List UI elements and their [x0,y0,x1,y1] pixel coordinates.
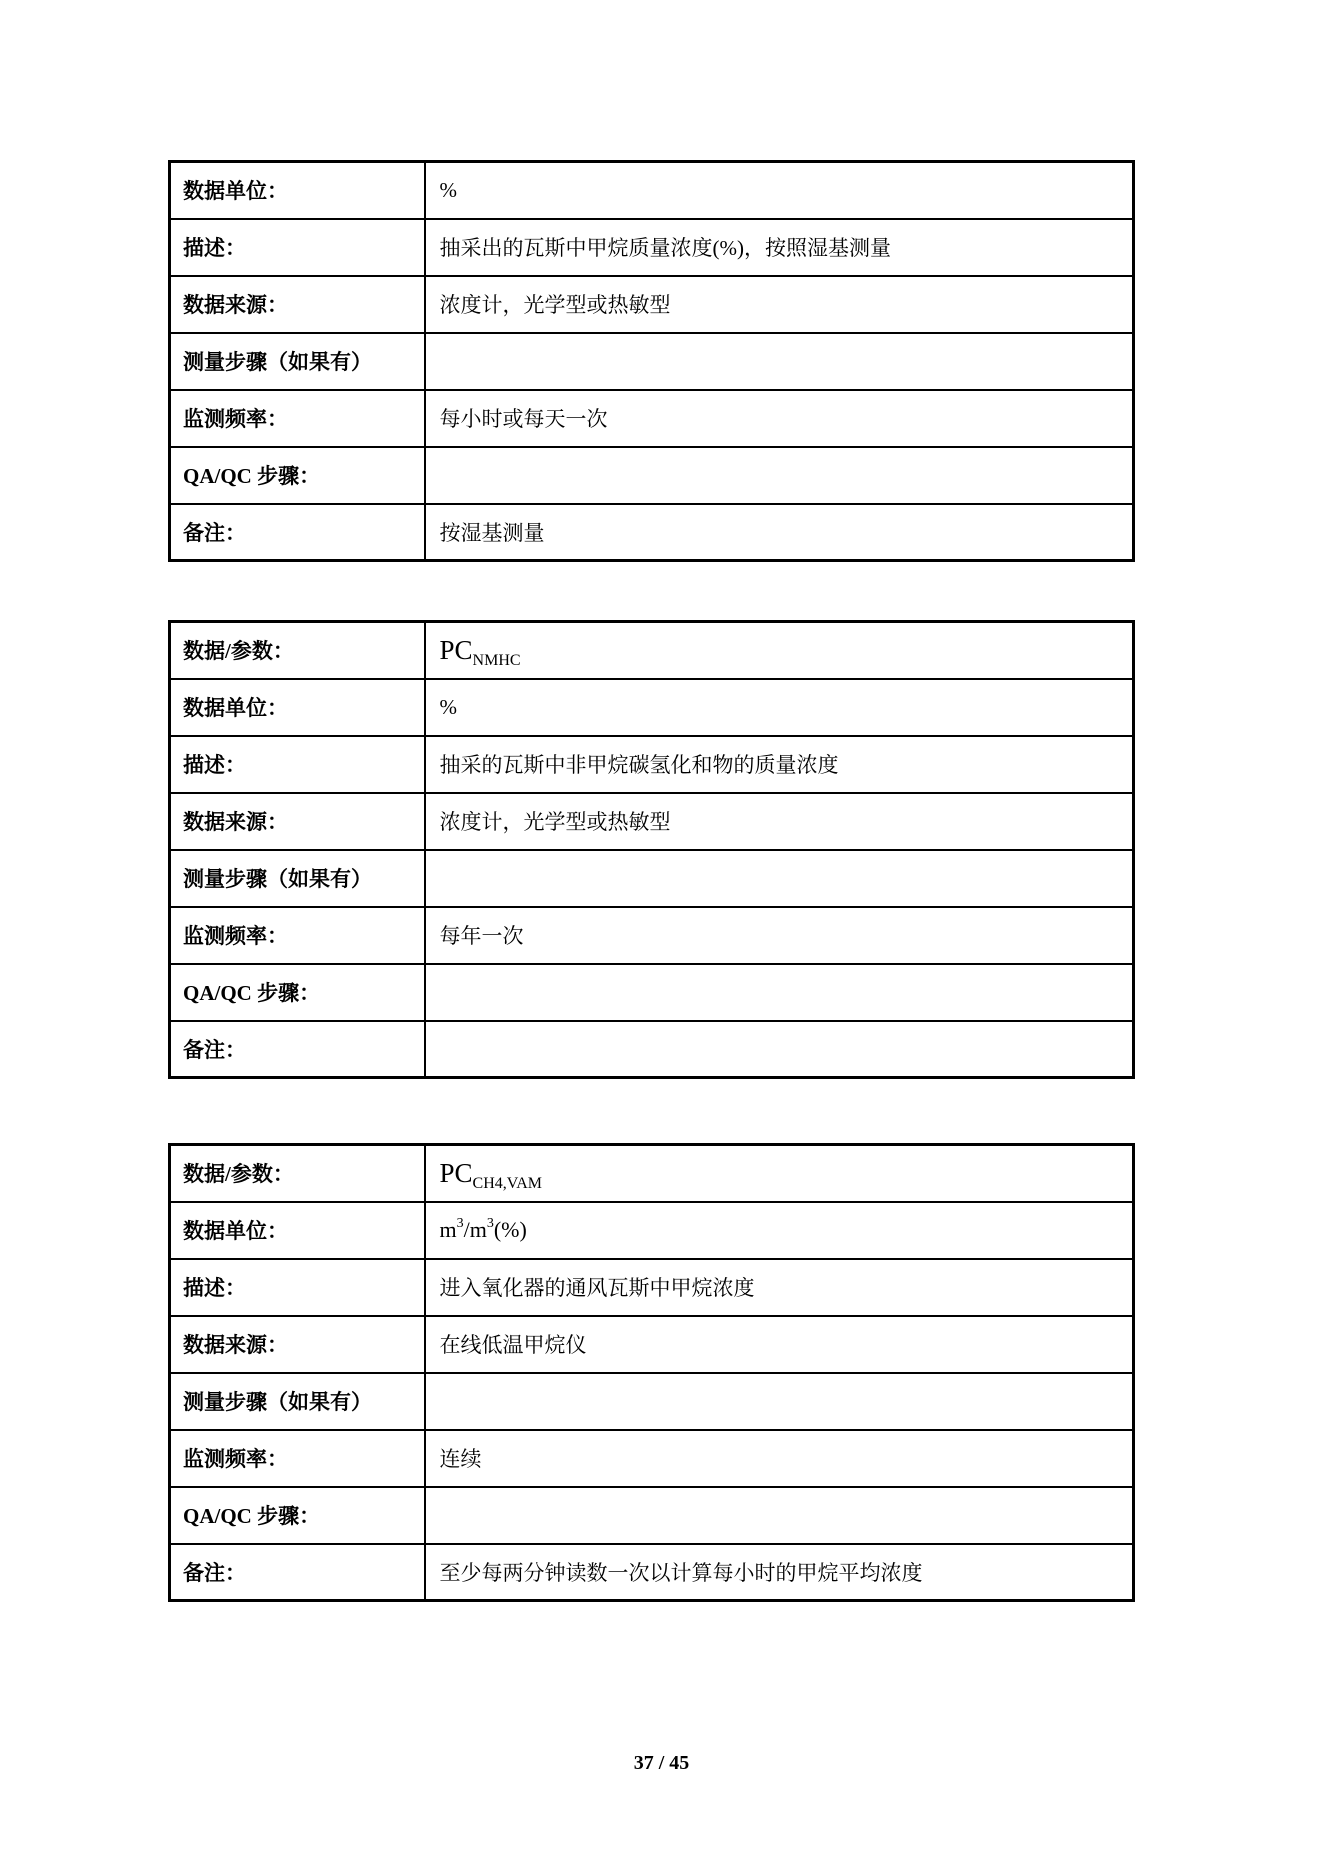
row-label-cell: 数据来源： [170,1316,425,1373]
table-row: 备注： 按湿基测量 [170,504,1134,561]
parameter-table-2: 数据/参数： PCNMHC 数据单位： % 描述： 抽采的瓦斯中非甲烷碳氢化和物… [168,620,1135,1079]
unit-superscript: 3 [487,1216,494,1231]
page-number: 37 / 45 [0,1752,1323,1775]
row-value-cell [425,447,1134,504]
row-label-cell: 数据/参数： [170,1145,425,1202]
document-page: 数据单位： % 描述： 抽采出的瓦斯中甲烷质量浓度(%)，按照湿基测量 数据来源… [0,0,1323,1871]
row-label-cell: 备注： [170,1544,425,1601]
row-value-cell [425,964,1134,1021]
parameter-symbol: PC [440,635,473,665]
row-label-cell: 备注： [170,1021,425,1078]
row-label-cell: 数据来源： [170,793,425,850]
row-value-cell [425,333,1134,390]
row-value-cell [425,1487,1134,1544]
row-value-cell [425,850,1134,907]
table-row: 测量步骤（如果有） [170,850,1134,907]
row-value-cell: % [425,162,1134,219]
row-value-cell: 至少每两分钟读数一次以计算每小时的甲烷平均浓度 [425,1544,1134,1601]
row-value-cell: 在线低温甲烷仪 [425,1316,1134,1373]
row-value-cell: 进入氧化器的通风瓦斯中甲烷浓度 [425,1259,1134,1316]
row-value-cell: PCCH4,VAM [425,1145,1134,1202]
table-row: QA/QC 步骤： [170,447,1134,504]
table-row: QA/QC 步骤： [170,964,1134,1021]
table-row: 测量步骤（如果有） [170,1373,1134,1430]
row-label-cell: 监测频率： [170,390,425,447]
row-label-cell: 描述： [170,1259,425,1316]
row-label-cell: 数据/参数： [170,622,425,679]
row-label-cell: 描述： [170,736,425,793]
row-label-cell: 数据单位： [170,1202,425,1259]
table-row: 描述： 进入氧化器的通风瓦斯中甲烷浓度 [170,1259,1134,1316]
unit-text: /m [464,1217,487,1242]
table-row: 数据单位： % [170,679,1134,736]
row-value-cell: 抽采的瓦斯中非甲烷碳氢化和物的质量浓度 [425,736,1134,793]
row-label-cell: QA/QC 步骤： [170,447,425,504]
table-row: 监测频率： 连续 [170,1430,1134,1487]
table-row: 描述： 抽采出的瓦斯中甲烷质量浓度(%)，按照湿基测量 [170,219,1134,276]
parameter-subscript: CH4,VAM [473,1175,543,1192]
table-row: 数据单位： % [170,162,1134,219]
row-label-cell: 监测频率： [170,1430,425,1487]
table-row: 备注： [170,1021,1134,1078]
row-label-cell: 备注： [170,504,425,561]
row-value-cell: 每年一次 [425,907,1134,964]
table-row: 数据来源： 在线低温甲烷仪 [170,1316,1134,1373]
table-row: 测量步骤（如果有） [170,333,1134,390]
unit-text: m [440,1217,457,1242]
row-label-cell: 数据单位： [170,679,425,736]
parameter-symbol: PC [440,1158,473,1188]
row-value-cell [425,1373,1134,1430]
row-value-cell: m3/m3(%) [425,1202,1134,1259]
row-label-cell: 测量步骤（如果有） [170,850,425,907]
row-value-cell: % [425,679,1134,736]
row-label-cell: 数据单位： [170,162,425,219]
row-value-cell: 按湿基测量 [425,504,1134,561]
table-row: 数据来源： 浓度计，光学型或热敏型 [170,276,1134,333]
table-row: 描述： 抽采的瓦斯中非甲烷碳氢化和物的质量浓度 [170,736,1134,793]
row-value-cell: PCNMHC [425,622,1134,679]
table-row: 监测频率： 每小时或每天一次 [170,390,1134,447]
unit-superscript: 3 [457,1216,464,1231]
row-label-cell: 测量步骤（如果有） [170,1373,425,1430]
parameter-table-3: 数据/参数： PCCH4,VAM 数据单位： m3/m3(%) 描述： 进入氧化… [168,1143,1135,1602]
table-row: 监测频率： 每年一次 [170,907,1134,964]
row-value-cell: 浓度计，光学型或热敏型 [425,793,1134,850]
row-label-cell: QA/QC 步骤： [170,1487,425,1544]
row-value-cell: 抽采出的瓦斯中甲烷质量浓度(%)，按照湿基测量 [425,219,1134,276]
row-value-cell: 浓度计，光学型或热敏型 [425,276,1134,333]
row-value-cell: 每小时或每天一次 [425,390,1134,447]
table-row: QA/QC 步骤： [170,1487,1134,1544]
row-label-cell: 测量步骤（如果有） [170,333,425,390]
table-row: 数据单位： m3/m3(%) [170,1202,1134,1259]
table-row: 数据来源： 浓度计，光学型或热敏型 [170,793,1134,850]
table-row: 数据/参数： PCNMHC [170,622,1134,679]
row-value-cell: 连续 [425,1430,1134,1487]
row-label-cell: 描述： [170,219,425,276]
parameter-table-1: 数据单位： % 描述： 抽采出的瓦斯中甲烷质量浓度(%)，按照湿基测量 数据来源… [168,160,1135,562]
table-row: 备注： 至少每两分钟读数一次以计算每小时的甲烷平均浓度 [170,1544,1134,1601]
row-label-cell: QA/QC 步骤： [170,964,425,1021]
row-label-cell: 数据来源： [170,276,425,333]
parameter-subscript: NMHC [473,652,521,669]
unit-text: (%) [494,1217,527,1242]
row-value-cell [425,1021,1134,1078]
row-label-cell: 监测频率： [170,907,425,964]
table-row: 数据/参数： PCCH4,VAM [170,1145,1134,1202]
